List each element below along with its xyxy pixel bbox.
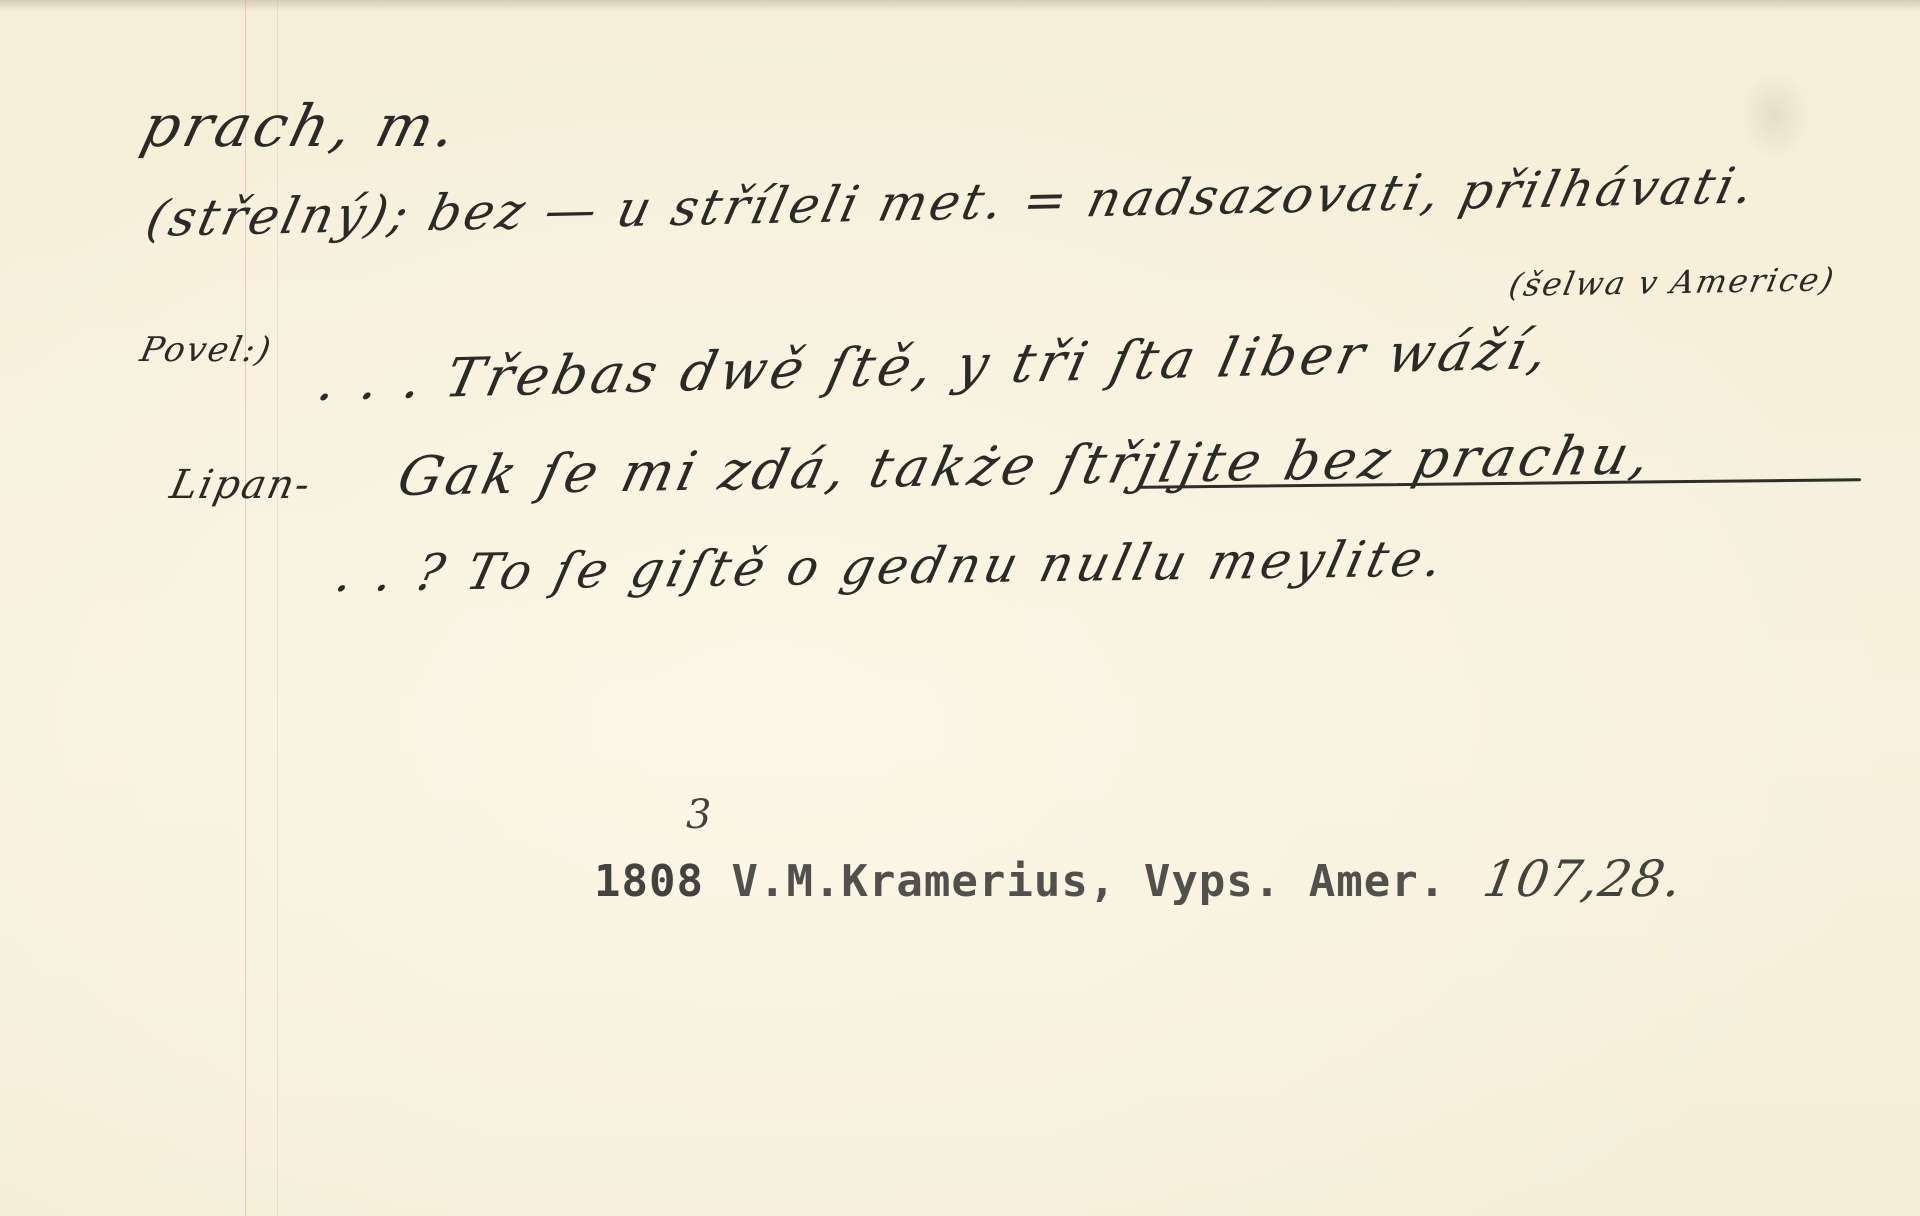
speaker-label: Povel:) (137, 330, 276, 370)
definition-line: (střelný); bez — u stříleli met. = nadsa… (141, 157, 1762, 248)
headword: prach, m. (135, 92, 468, 160)
speaker-label: Lipan- (166, 462, 316, 508)
source-work: V.M.Kramerius, Vyps. Amer. (731, 856, 1446, 907)
card-top-edge (0, 0, 1920, 10)
page-reference: 107,28. (1479, 850, 1687, 908)
side-note: (šelwa v Americe) (1506, 260, 1839, 304)
dialogue-line: . . . Třebas dwě ſtě, y tři ſta liber wá… (312, 318, 1558, 413)
dialogue-line: Gak ſe mi zdá, także ſtřjljte bez prachu… (392, 423, 1660, 508)
dialogue-line: . . ? To ſe giſtě o gednu nullu meylite. (330, 530, 1452, 603)
source-year: 1808 (594, 856, 704, 907)
margin-line (277, 0, 278, 1216)
lexicon-card: prach, m. (střelný); bez — u stříleli me… (0, 0, 1920, 1216)
source-stamp: 3 1808 V.M.Kramerius, Vyps. Amer. 107,28… (594, 850, 1682, 908)
paper-stain (1740, 70, 1810, 160)
year-correction: 3 (686, 792, 712, 838)
margin-line (245, 0, 246, 1216)
